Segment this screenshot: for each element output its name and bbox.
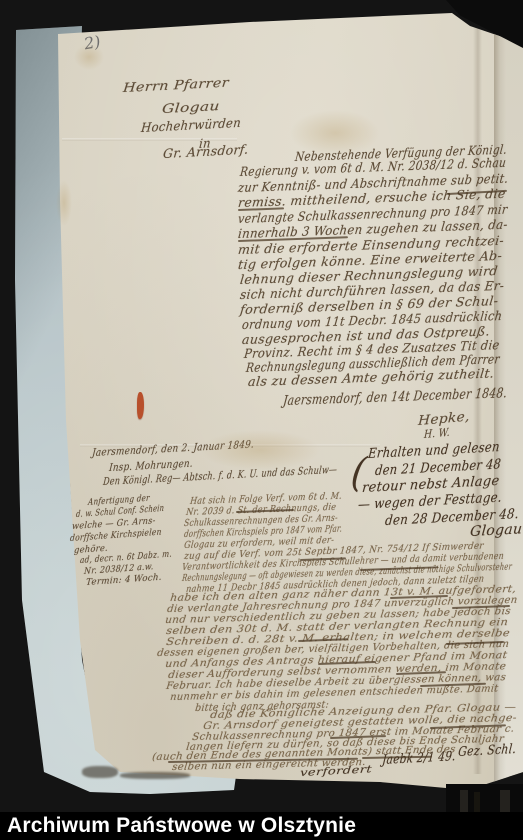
stain-mark bbox=[290, 110, 380, 156]
stain-mark bbox=[74, 44, 104, 70]
scan-stage: 2) Herrn PfarrerGlogauHochehrwürdeninGr.… bbox=[0, 0, 523, 840]
smudge-mark bbox=[82, 766, 118, 778]
closing-line: Gez. Schl. bbox=[457, 742, 516, 760]
smudge-mark bbox=[120, 772, 190, 779]
address-line: Glogau bbox=[161, 98, 220, 116]
signature-line: H. W. bbox=[424, 426, 451, 441]
archive-name-label: Archiwum Państwowe w Olsztynie bbox=[0, 814, 356, 838]
stain-mark bbox=[56, 180, 72, 226]
archive-caption-bar: Archiwum Państwowe w Olsztynie bbox=[0, 812, 523, 840]
received-note-line: Glogau bbox=[469, 521, 523, 540]
stain-mark bbox=[200, 430, 320, 470]
